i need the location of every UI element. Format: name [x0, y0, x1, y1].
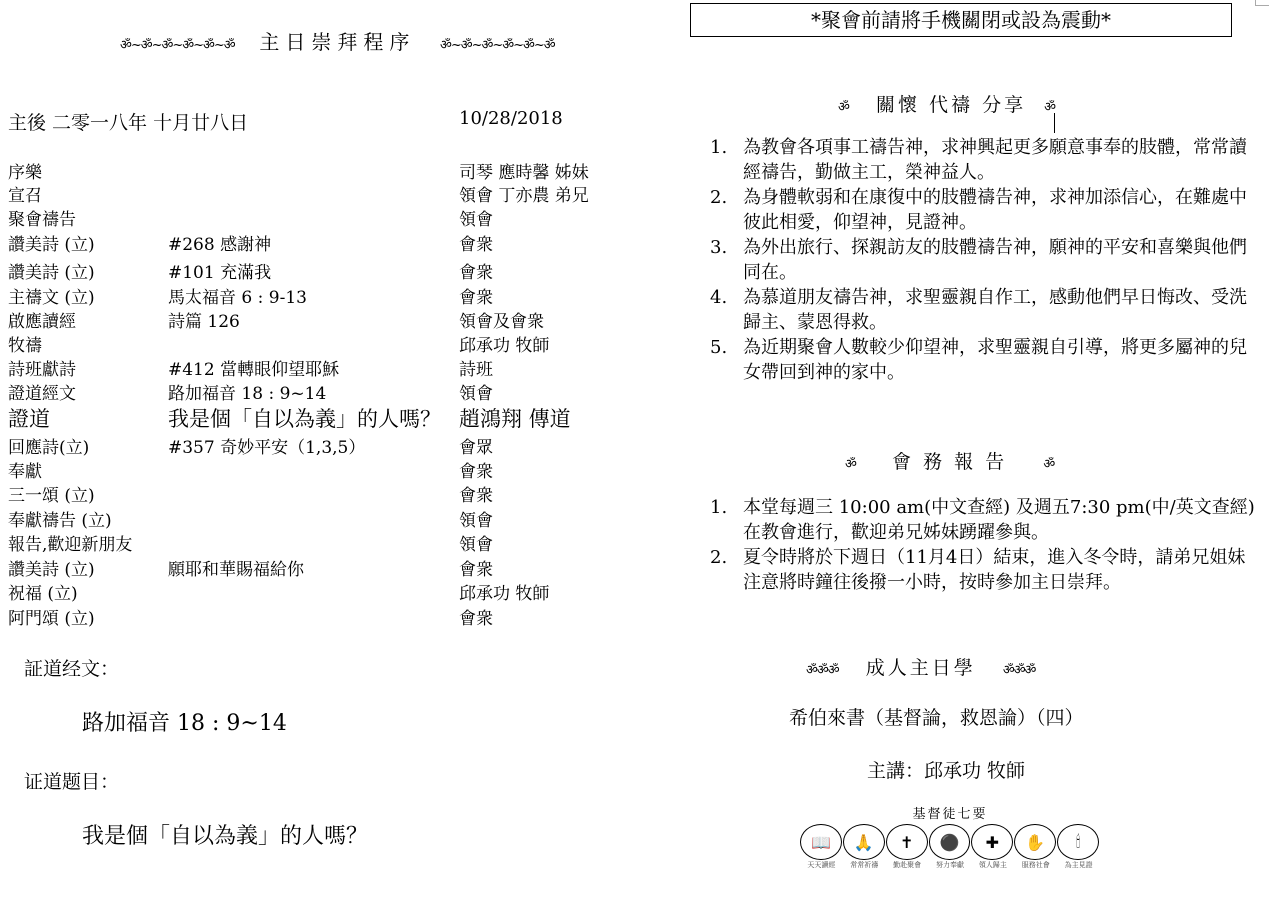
item-text: 為慕道朋友禱告神，求聖靈親自作工，感動他們早日悔改、受洗歸主、蒙恩得救。	[743, 287, 1247, 333]
program-item: 詩班獻詩	[8, 355, 76, 380]
essential-label: 服務社會	[1014, 860, 1057, 870]
program-row: 宣召 領會 丁亦農 弟兄	[8, 181, 628, 205]
program-row: 聚會禱告 領會	[8, 205, 628, 229]
essential-label: 為主見證	[1057, 860, 1100, 870]
program-detail: 詩篇 126	[168, 307, 240, 332]
program-row: 詩班獻詩 #412 當轉眼仰望耶穌 詩班	[8, 355, 628, 379]
sermon-passage: 路加福音 18 : 9~14	[82, 706, 287, 737]
list-item: 1.為教會各項事工禱告神，求神興起更多願意事奉的肢體，常常讀經禱告，勤做主工，榮…	[710, 135, 1255, 185]
date-chinese: 主後 二零一八年 十月廿八日	[8, 108, 248, 135]
program-row: 證道經文 路加福音 18 : 9~14 領會	[8, 379, 628, 403]
program-row: 啟應讀經 詩篇 126 領會及會衆	[8, 307, 628, 331]
serving-icon: ✋	[1014, 824, 1056, 860]
item-number: 2.	[710, 185, 727, 210]
offering-icon: ⚫	[929, 824, 971, 860]
program-item: 讚美詩 (立)	[8, 555, 95, 580]
ornament-icon: ॐॐॐ	[806, 663, 839, 678]
list-item: 5.為近期聚會人數較少仰望神，求聖靈親自引導，將更多屬神的兒女帶回到神的家中。	[710, 335, 1255, 385]
list-item: 3.為外出旅行、探親訪友的肢體禱告神，願神的平安和喜樂與他們同在。	[710, 235, 1255, 285]
item-text: 夏令時將於下週日（11月4日）結束，進入冬令時，請弟兄姐妹注意將時鐘往後撥一小時…	[743, 547, 1245, 593]
program-row: 回應詩(立) #357 奇妙平安（1,3,5） 會眾	[8, 433, 628, 457]
sunday-school-heading: ॐॐॐ 成人主日學 ॐॐॐ	[806, 653, 1035, 680]
program-person: 趙鴻翔 傳道	[459, 403, 571, 433]
program-row: 奉獻 會衆	[8, 457, 628, 481]
item-text: 為教會各項事工禱告神，求神興起更多願意事奉的肢體，常常讀經禱告，勤做主工，榮神益…	[743, 137, 1247, 183]
program-person: 邱承功 牧師	[459, 331, 549, 356]
item-text: 為近期聚會人數較少仰望神，求聖靈親自引導，將更多屬神的兒女帶回到神的家中。	[743, 337, 1247, 383]
sunday-school-heading-text: 成人主日學	[866, 657, 976, 679]
item-number: 1.	[710, 135, 727, 160]
item-number: 5.	[710, 335, 727, 360]
program-item: 宣召	[8, 181, 42, 206]
program-row: 阿門頌 (立) 會衆	[8, 604, 628, 628]
prayer-heading: ॐ 關懷 代禱 分享 ॐ	[838, 90, 1055, 117]
program-item: 阿門頌 (立)	[8, 604, 95, 629]
program-person: 邱承功 牧師	[459, 579, 549, 604]
sermon-title: 我是個「自以為義」的人嗎？	[82, 819, 368, 850]
ornament-icon: ॐ	[1043, 457, 1054, 472]
announcements-heading: ॐ 會 務 報 告 ॐ	[845, 447, 1054, 474]
program-person: 司琴 應時馨 姊妹	[459, 158, 589, 183]
essential-label: 常常祈禱	[843, 860, 886, 870]
announcements-list: 1.本堂每週三 10:00 am(中文查經) 及週五7:30 pm(中/英文查經…	[710, 495, 1255, 595]
item-number: 3.	[710, 235, 727, 260]
program-detail: 路加福音 18 : 9~14	[168, 379, 326, 404]
program-item: 祝福 (立)	[8, 579, 78, 604]
evangelism-icon: ✚	[971, 824, 1013, 860]
item-text: 為身體軟弱和在康復中的肢體禱告神，求神加添信心，在難處中彼此相愛，仰望神，見證神…	[743, 187, 1247, 233]
program-person: 領會 丁亦農 弟兄	[459, 181, 589, 206]
program-row: 序樂 司琴 應時馨 姊妹	[8, 158, 628, 182]
date-numeric: 10/28/2018	[459, 108, 563, 129]
sermon-passage-label: 証道经文：	[24, 654, 119, 681]
sunday-school-topic: 希伯來書（基督論，救恩論）（四）	[789, 703, 1084, 730]
essential-label: 領人歸主	[971, 860, 1014, 870]
essential-label: 努力奉獻	[929, 860, 972, 870]
program-row: 讚美詩 (立) #268 感謝神 會衆	[8, 230, 628, 254]
program-item: 三一頌 (立)	[8, 481, 95, 506]
program-person: 領會	[459, 506, 493, 531]
program-person: 會眾	[459, 433, 493, 458]
sermon-title-label: 证道题目：	[24, 767, 119, 794]
program-row: 讚美詩 (立) #101 充滿我 會衆	[8, 258, 628, 282]
program-person: 會衆	[459, 258, 493, 283]
list-item: 2.為身體軟弱和在康復中的肢體禱告神，求神加添信心，在難處中彼此相愛，仰望神，見…	[710, 185, 1255, 235]
program-item: 主禱文 (立)	[8, 283, 95, 308]
ornament-icon: ॐ~ॐ~ॐ~ॐ~ॐ~ॐ	[440, 38, 555, 53]
list-item: 1.本堂每週三 10:00 am(中文查經) 及週五7:30 pm(中/英文查經…	[710, 495, 1255, 545]
program-item: 證道	[8, 403, 50, 433]
divider-line	[1054, 113, 1055, 133]
reading-icon: 📖	[800, 824, 842, 860]
item-text: 為外出旅行、探親訪友的肢體禱告神，願神的平安和喜樂與他們同在。	[743, 237, 1247, 283]
program-item: 聚會禱告	[8, 205, 76, 230]
program-person: 會衆	[459, 481, 493, 506]
essential-label: 勤赴聚會	[886, 860, 929, 870]
program-row: 報告,歡迎新朋友 領會	[8, 530, 628, 554]
ornament-icon: ॐ~ॐ~ॐ~ॐ~ॐ~ॐ	[120, 38, 235, 53]
program-person: 詩班	[459, 355, 493, 380]
program-person: 會衆	[459, 604, 493, 629]
program-item: 序樂	[8, 158, 42, 183]
program-detail: 我是個「自以為義」的人嗎？	[168, 403, 441, 433]
program-person: 領會	[459, 530, 493, 555]
program-row: 證道 我是個「自以為義」的人嗎？ 趙鴻翔 傳道	[8, 403, 628, 427]
program-detail: 願耶和華賜福給你	[168, 555, 304, 580]
ornament-icon: ॐ	[845, 457, 856, 472]
program-row: 主禱文 (立) 馬太福音 6 : 9-13 會衆	[8, 283, 628, 307]
program-detail: #101 充滿我	[168, 258, 271, 283]
program-person: 會衆	[459, 555, 493, 580]
item-number: 2.	[710, 545, 727, 570]
announcements-heading-text: 會 務 報 告	[892, 451, 1007, 473]
program-person: 會衆	[459, 457, 493, 482]
gathering-icon: ✝	[886, 824, 928, 860]
program-person: 會衆	[459, 283, 493, 308]
program-person: 會衆	[459, 230, 493, 255]
praying-icon: 🙏	[843, 824, 885, 860]
program-detail: 馬太福音 6 : 9-13	[168, 283, 307, 308]
ornament-icon: ॐॐॐ	[1003, 663, 1036, 678]
item-text: 本堂每週三 10:00 am(中文查經) 及週五7:30 pm(中/英文查經)在…	[743, 497, 1255, 543]
program-item: 證道經文	[8, 379, 76, 404]
witness-icon: 🕯	[1057, 824, 1099, 860]
seven-essentials-title: 基督徒七要	[800, 803, 1100, 822]
program-detail: #412 當轉眼仰望耶穌	[168, 355, 339, 380]
program-person: 領會	[459, 379, 493, 404]
program-row: 讚美詩 (立) 願耶和華賜福給你 會衆	[8, 555, 628, 579]
page-title: 主日崇拜程序	[259, 30, 415, 54]
worship-order-title: ॐ~ॐ~ॐ~ॐ~ॐ~ॐ 主日崇拜程序 ॐ~ॐ~ॐ~ॐ~ॐ~ॐ	[120, 26, 555, 55]
phone-notice-box: *聚會前請將手機關閉或設為震動*	[690, 3, 1232, 37]
program-item: 奉獻禱告 (立)	[8, 506, 112, 531]
program-item: 牧禱	[8, 331, 42, 356]
item-number: 4.	[710, 285, 727, 310]
program-detail: #357 奇妙平安（1,3,5）	[168, 433, 365, 458]
program-item: 回應詩(立)	[8, 433, 89, 458]
prayer-list: 1.為教會各項事工禱告神，求神興起更多願意事奉的肢體，常常讀經禱告，勤做主工，榮…	[710, 135, 1255, 385]
ornament-icon: ॐ	[838, 100, 849, 115]
program-detail: #268 感謝神	[168, 230, 271, 255]
seven-essentials-graphic: 基督徒七要 📖🙏✝⚫✚✋🕯 天天讀經常常祈禱勤赴聚會努力奉獻領人歸主服務社會為主…	[800, 803, 1100, 870]
list-item: 4.為慕道朋友禱告神，求聖靈親自作工，感動他們早日悔改、受洗歸主、蒙恩得救。	[710, 285, 1255, 335]
essential-label: 天天讀經	[800, 860, 843, 870]
sunday-school-speaker: 主講：邱承功 牧師	[867, 756, 1025, 783]
program-person: 領會及會衆	[459, 307, 544, 332]
program-row: 三一頌 (立) 會衆	[8, 481, 628, 505]
program-item: 讚美詩 (立)	[8, 230, 95, 255]
program-row: 奉獻禱告 (立) 領會	[8, 506, 628, 530]
program-item: 啟應讀經	[8, 307, 76, 332]
list-item: 2.夏令時將於下週日（11月4日）結束，進入冬令時，請弟兄姐妹注意將時鐘往後撥一…	[710, 545, 1255, 595]
corner-mark	[1255, 0, 1269, 6]
program-row: 祝福 (立) 邱承功 牧師	[8, 579, 628, 603]
program-row: 牧禱 邱承功 牧師	[8, 331, 628, 355]
program-person: 領會	[459, 205, 493, 230]
program-item: 報告,歡迎新朋友	[8, 530, 132, 555]
item-number: 1.	[710, 495, 727, 520]
program-item: 讚美詩 (立)	[8, 258, 95, 283]
program-item: 奉獻	[8, 457, 42, 482]
prayer-heading-text: 關懷 代禱 分享	[876, 94, 1026, 116]
